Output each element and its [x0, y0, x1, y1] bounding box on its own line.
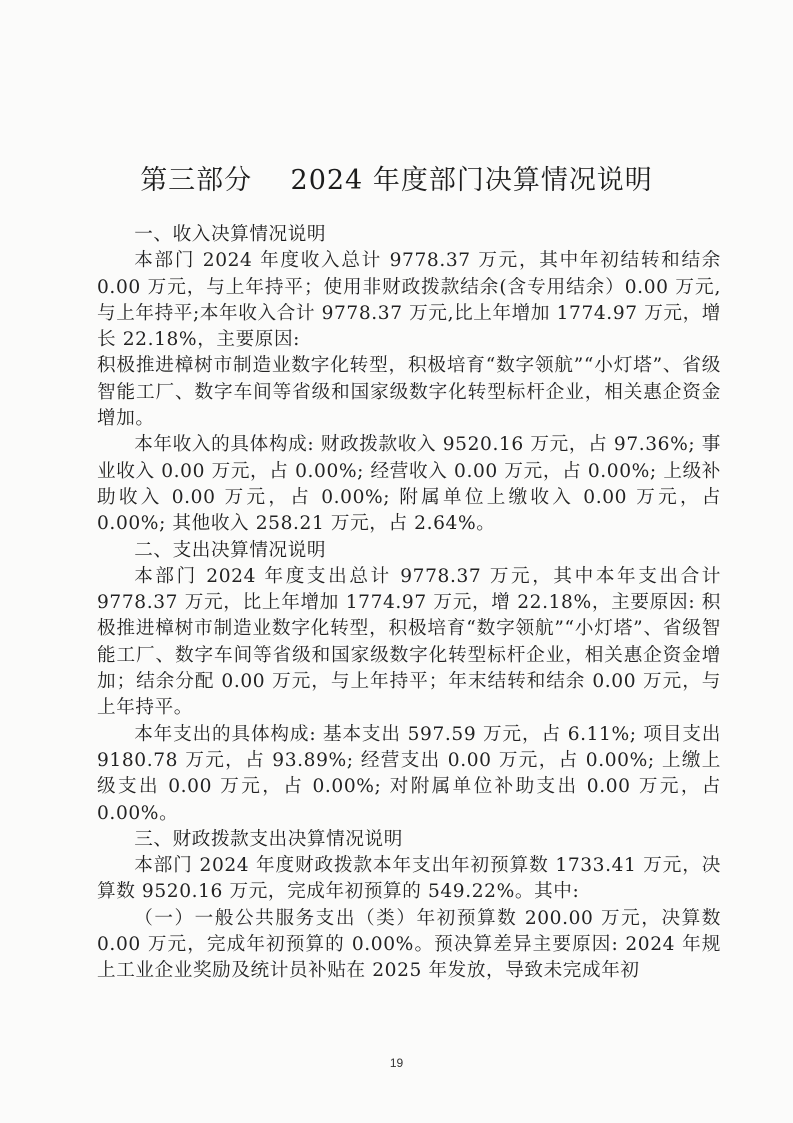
section-heading-income: 一、收入决算情况说明	[97, 222, 721, 248]
income-reason-paragraph: 积极推进樟树市制造业数字化转型，积极培育“数字领航”“小灯塔”、省级智能工厂、数…	[97, 353, 721, 432]
expenditure-summary-paragraph: 本部门 2024 年度支出总计 9778.37 万元，其中本年支出合计 9778…	[97, 564, 721, 722]
section-heading-fiscal-appropriation: 三、财政拨款支出决算情况说明	[97, 827, 721, 853]
income-summary-paragraph: 本部门 2024 年度收入总计 9778.37 万元，其中年初结转和结余 0.0…	[97, 248, 721, 353]
income-composition-paragraph: 本年收入的具体构成: 财政拨款收入 9520.16 万元，占 97.36%; 事…	[97, 432, 721, 537]
document-body: 一、收入决算情况说明 本部门 2024 年度收入总计 9778.37 万元，其中…	[97, 222, 721, 985]
page-title: 第三部分 2024 年度部门决算情况说明	[0, 158, 793, 197]
expenditure-composition-paragraph: 本年支出的具体构成: 基本支出 597.59 万元，占 6.11%; 项目支出 …	[97, 722, 721, 827]
section-heading-expenditure: 二、支出决算情况说明	[97, 538, 721, 564]
page-number: 19	[0, 1056, 793, 1070]
general-public-services-paragraph: （一）一般公共服务支出（类）年初预算数 200.00 万元，决算数 0.00 万…	[97, 906, 721, 985]
fiscal-summary-paragraph: 本部门 2024 年度财政拨款本年支出年初预算数 1733.41 万元，决算数 …	[97, 853, 721, 906]
